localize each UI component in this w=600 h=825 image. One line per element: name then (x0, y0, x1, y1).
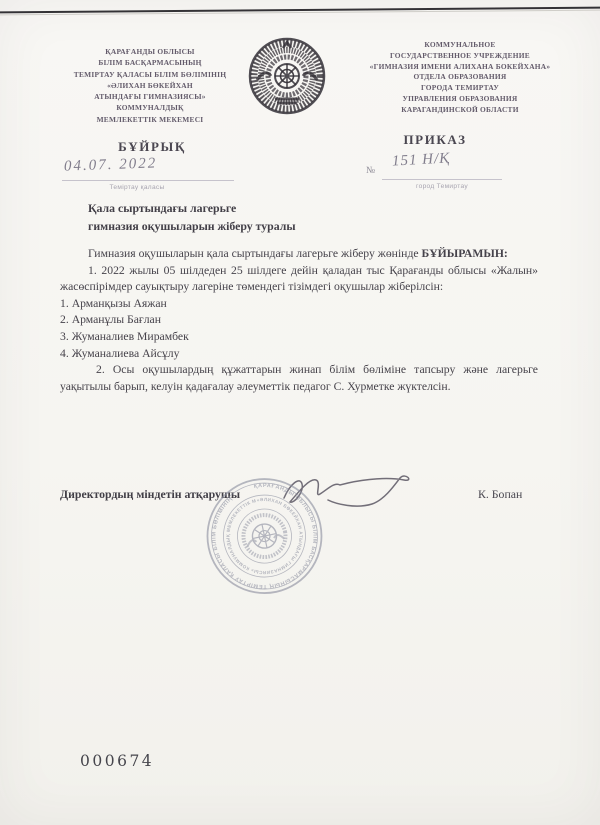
city-caption-russian: город Темиртау (382, 183, 502, 190)
order-title-kazakh: БҰЙРЫҚ (58, 139, 246, 155)
signatory-name: К. Бопан (478, 487, 522, 502)
subject-line: Қала сыртындағы лагерьге (88, 200, 408, 218)
org-line: КОММУНАЛЬНОЕ (336, 40, 584, 51)
handwritten-date: 04.07. 2022 (64, 155, 158, 175)
org-name-kazakh: ҚАРАҒАНДЫ ОБЛЫСЫ БІЛІМ БАСҚАРМАСЫНЫҢ ТЕМ… (56, 46, 244, 125)
org-line: ҚАРАҒАНДЫ ОБЛЫСЫ (56, 46, 244, 57)
org-line: ТЕМІРТАУ ҚАЛАСЫ БІЛІМ БӨЛІМІНІҢ (56, 69, 244, 80)
clause-2: 2. Осы оқушылардың құжаттарын жинап білі… (60, 362, 538, 395)
org-line: ГОСУДАРСТВЕННОЕ УЧРЕЖДЕНИЕ (336, 51, 584, 62)
kazakhstan-emblem-icon (247, 36, 327, 121)
org-line: «ГИМНАЗИЯ ИМЕНИ АЛИХАНА БОКЕЙХАНА» (336, 62, 584, 73)
order-title-russian: ПРИКАЗ (335, 132, 535, 148)
subject-line: гимназия оқушыларын жіберу туралы (88, 218, 408, 236)
decree-word: БҰЙЫРАМЫН: (422, 247, 508, 260)
org-line: БІЛІМ БАСҚАРМАСЫНЫҢ (56, 57, 244, 68)
org-name-russian: КОММУНАЛЬНОЕ ГОСУДАРСТВЕННОЕ УЧРЕЖДЕНИЕ … (336, 40, 584, 116)
student-list: 1. Арманқызы Аяжан 2. Арманұлы Бағлан 3.… (60, 296, 538, 362)
list-item: 1. Арманқызы Аяжан (60, 296, 538, 313)
org-line: КОММУНАЛДЫҚ (56, 102, 244, 113)
date-underline (62, 180, 234, 181)
list-item: 4. Жуманалиева Айсұлу (60, 346, 538, 363)
order-body: Гимназия оқушыларын қала сыртындағы лаге… (60, 246, 538, 395)
city-caption-kazakh: Теміртау қаласы (62, 184, 212, 191)
round-official-stamp: ҚАРАҒАНДЫ ОБЛЫСЫ БІЛІМ БАСҚАРМАСЫНЫҢ ТЕМ… (190, 461, 340, 615)
org-line: ОТДЕЛА ОБРАЗОВАНИЯ (336, 72, 584, 83)
clause-1: 1. 2022 жылы 05 шілдеден 25 шілдеге дейі… (60, 263, 538, 296)
number-underline (382, 179, 502, 180)
preamble-text: Гимназия оқушыларын қала сыртындағы лаге… (88, 247, 419, 260)
preamble-paragraph: Гимназия оқушыларын қала сыртындағы лаге… (60, 246, 538, 263)
org-line: КАРАГАНДИНСКОЙ ОБЛАСТИ (336, 105, 584, 116)
list-item: 3. Жуманалиев Мирамбек (60, 329, 538, 346)
scanned-order-document: ҚАРАҒАНДЫ ОБЛЫСЫ БІЛІМ БАСҚАРМАСЫНЫҢ ТЕМ… (0, 0, 600, 825)
org-line: «ӘЛИХАН БӨКЕЙХАН (56, 80, 244, 91)
org-line: ГОРОДА ТЕМИРТАУ (336, 83, 584, 94)
org-line: МЕМЛЕКЕТТІК МЕКЕМЕСІ (56, 114, 244, 125)
org-line: УПРАВЛЕНИЯ ОБРАЗОВАНИЯ (336, 94, 584, 105)
order-subject: Қала сыртындағы лагерьге гимназия оқушыл… (88, 200, 408, 235)
list-item: 2. Арманұлы Бағлан (60, 312, 538, 329)
number-sign: № (366, 166, 375, 176)
org-line: АТЫНДАҒЫ ГИМНАЗИЯСЫ» (56, 91, 244, 102)
handwritten-order-number: 151 Н/Қ (392, 150, 451, 170)
form-serial-number: 000674 (80, 752, 154, 770)
